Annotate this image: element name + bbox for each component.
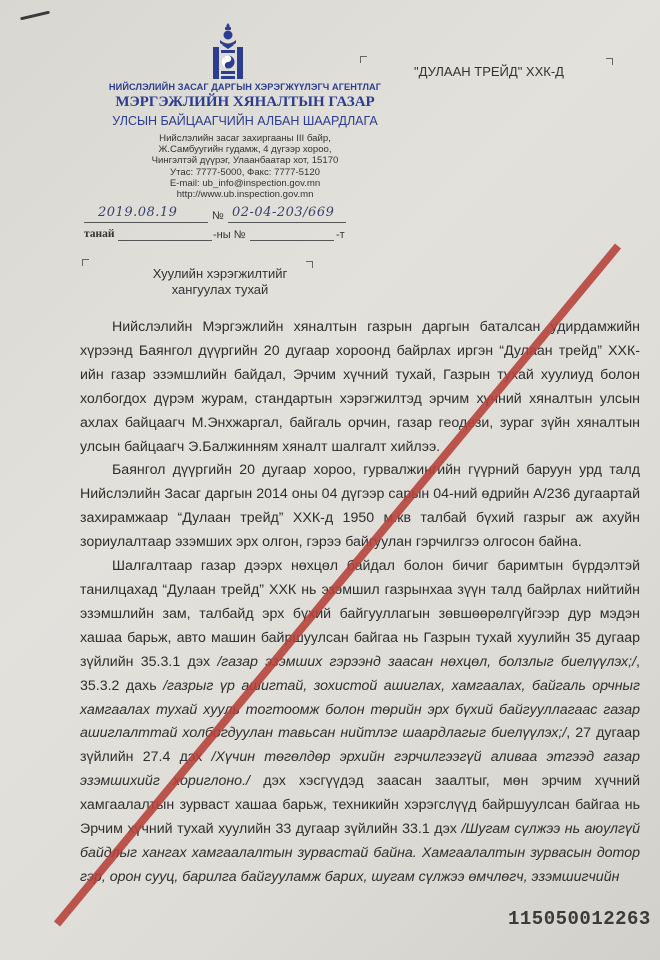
recipient: "ДУЛААН ТРЕЙД" ХХК-Д (414, 64, 564, 79)
subject-line: Хуулийн хэрэгжилтийг (120, 266, 320, 282)
paragraph-3: Шалгалтаар газар дээрх нөхцөл байдал бол… (80, 555, 640, 890)
letter-body: Нийслэлийн Мэргэжлийн хяналтын газрын да… (80, 316, 640, 890)
pen-mark (20, 11, 50, 21)
department-name: УЛСЫН БАЙЦААГЧИЙН АЛБАН ШААРДЛАГА (90, 114, 400, 128)
phone-line: Утас: 7777-5000, Факс: 7777-5120 (110, 167, 380, 178)
corner-mark (306, 261, 313, 268)
your-number-line (250, 240, 334, 241)
serial-number: 115050012263 (508, 908, 651, 930)
organization-name: МЭРГЭЖЛИЙН ХЯНАЛТЫН ГАЗАР (90, 94, 400, 111)
your-number-label: -ны № (213, 229, 246, 241)
suffix-label: -т (336, 229, 345, 241)
your-label: танай (84, 228, 115, 240)
address-line: Чингэлтэй дүүрэг, Улаанбаатар хот, 15170 (110, 155, 380, 166)
date-handwritten: 2019.08.19 (98, 205, 177, 220)
corner-mark (82, 259, 89, 266)
date-line (84, 222, 208, 223)
number-line (228, 222, 346, 223)
corner-mark (606, 58, 613, 65)
subject-line: хангуулах тухай (120, 282, 320, 298)
corner-mark (360, 56, 367, 63)
email-line: E-mail: ub_info@inspection.gov.mn (110, 178, 380, 189)
number-label: № (212, 210, 224, 222)
address-line: Ж.Самбуугийн гудамж, 4 дүгээр хороо, (110, 144, 380, 155)
number-handwritten: 02-04-203/669 (232, 205, 334, 220)
quoted-law: /газар эзэмших гэрээнд заасан нөхцөл, бо… (217, 654, 636, 670)
document-page: НИЙСЛЭЛИЙН ЗАСАГ ДАРГЫН ХЭРЭГЖҮҮЛЭГЧ АГЕ… (0, 0, 660, 960)
agency-name: НИЙСЛЭЛИЙН ЗАСАГ ДАРГЫН ХЭРЭГЖҮҮЛЭГЧ АГЕ… (90, 82, 400, 92)
subject: Хуулийн хэрэгжилтийг хангуулах тухай (120, 266, 320, 298)
paragraph-1: Нийслэлийн Мэргэжлийн хяналтын газрын да… (80, 316, 640, 459)
address-line: Нийслэлийн засаг захиргааны III байр, (110, 133, 380, 144)
website-line: http://www.ub.inspection.gov.mn (110, 189, 380, 200)
quoted-law: /газрыг үр ашигтай, зохистой ашиглах, ха… (80, 678, 640, 742)
soyombo-emblem-icon (211, 22, 245, 80)
address-block: Нийслэлийн засаг захиргааны III байр, Ж.… (110, 133, 380, 200)
your-date-line (118, 240, 212, 241)
paragraph-2: Баянгол дүүргийн 20 дугаар хороо, гурвал… (80, 459, 640, 555)
